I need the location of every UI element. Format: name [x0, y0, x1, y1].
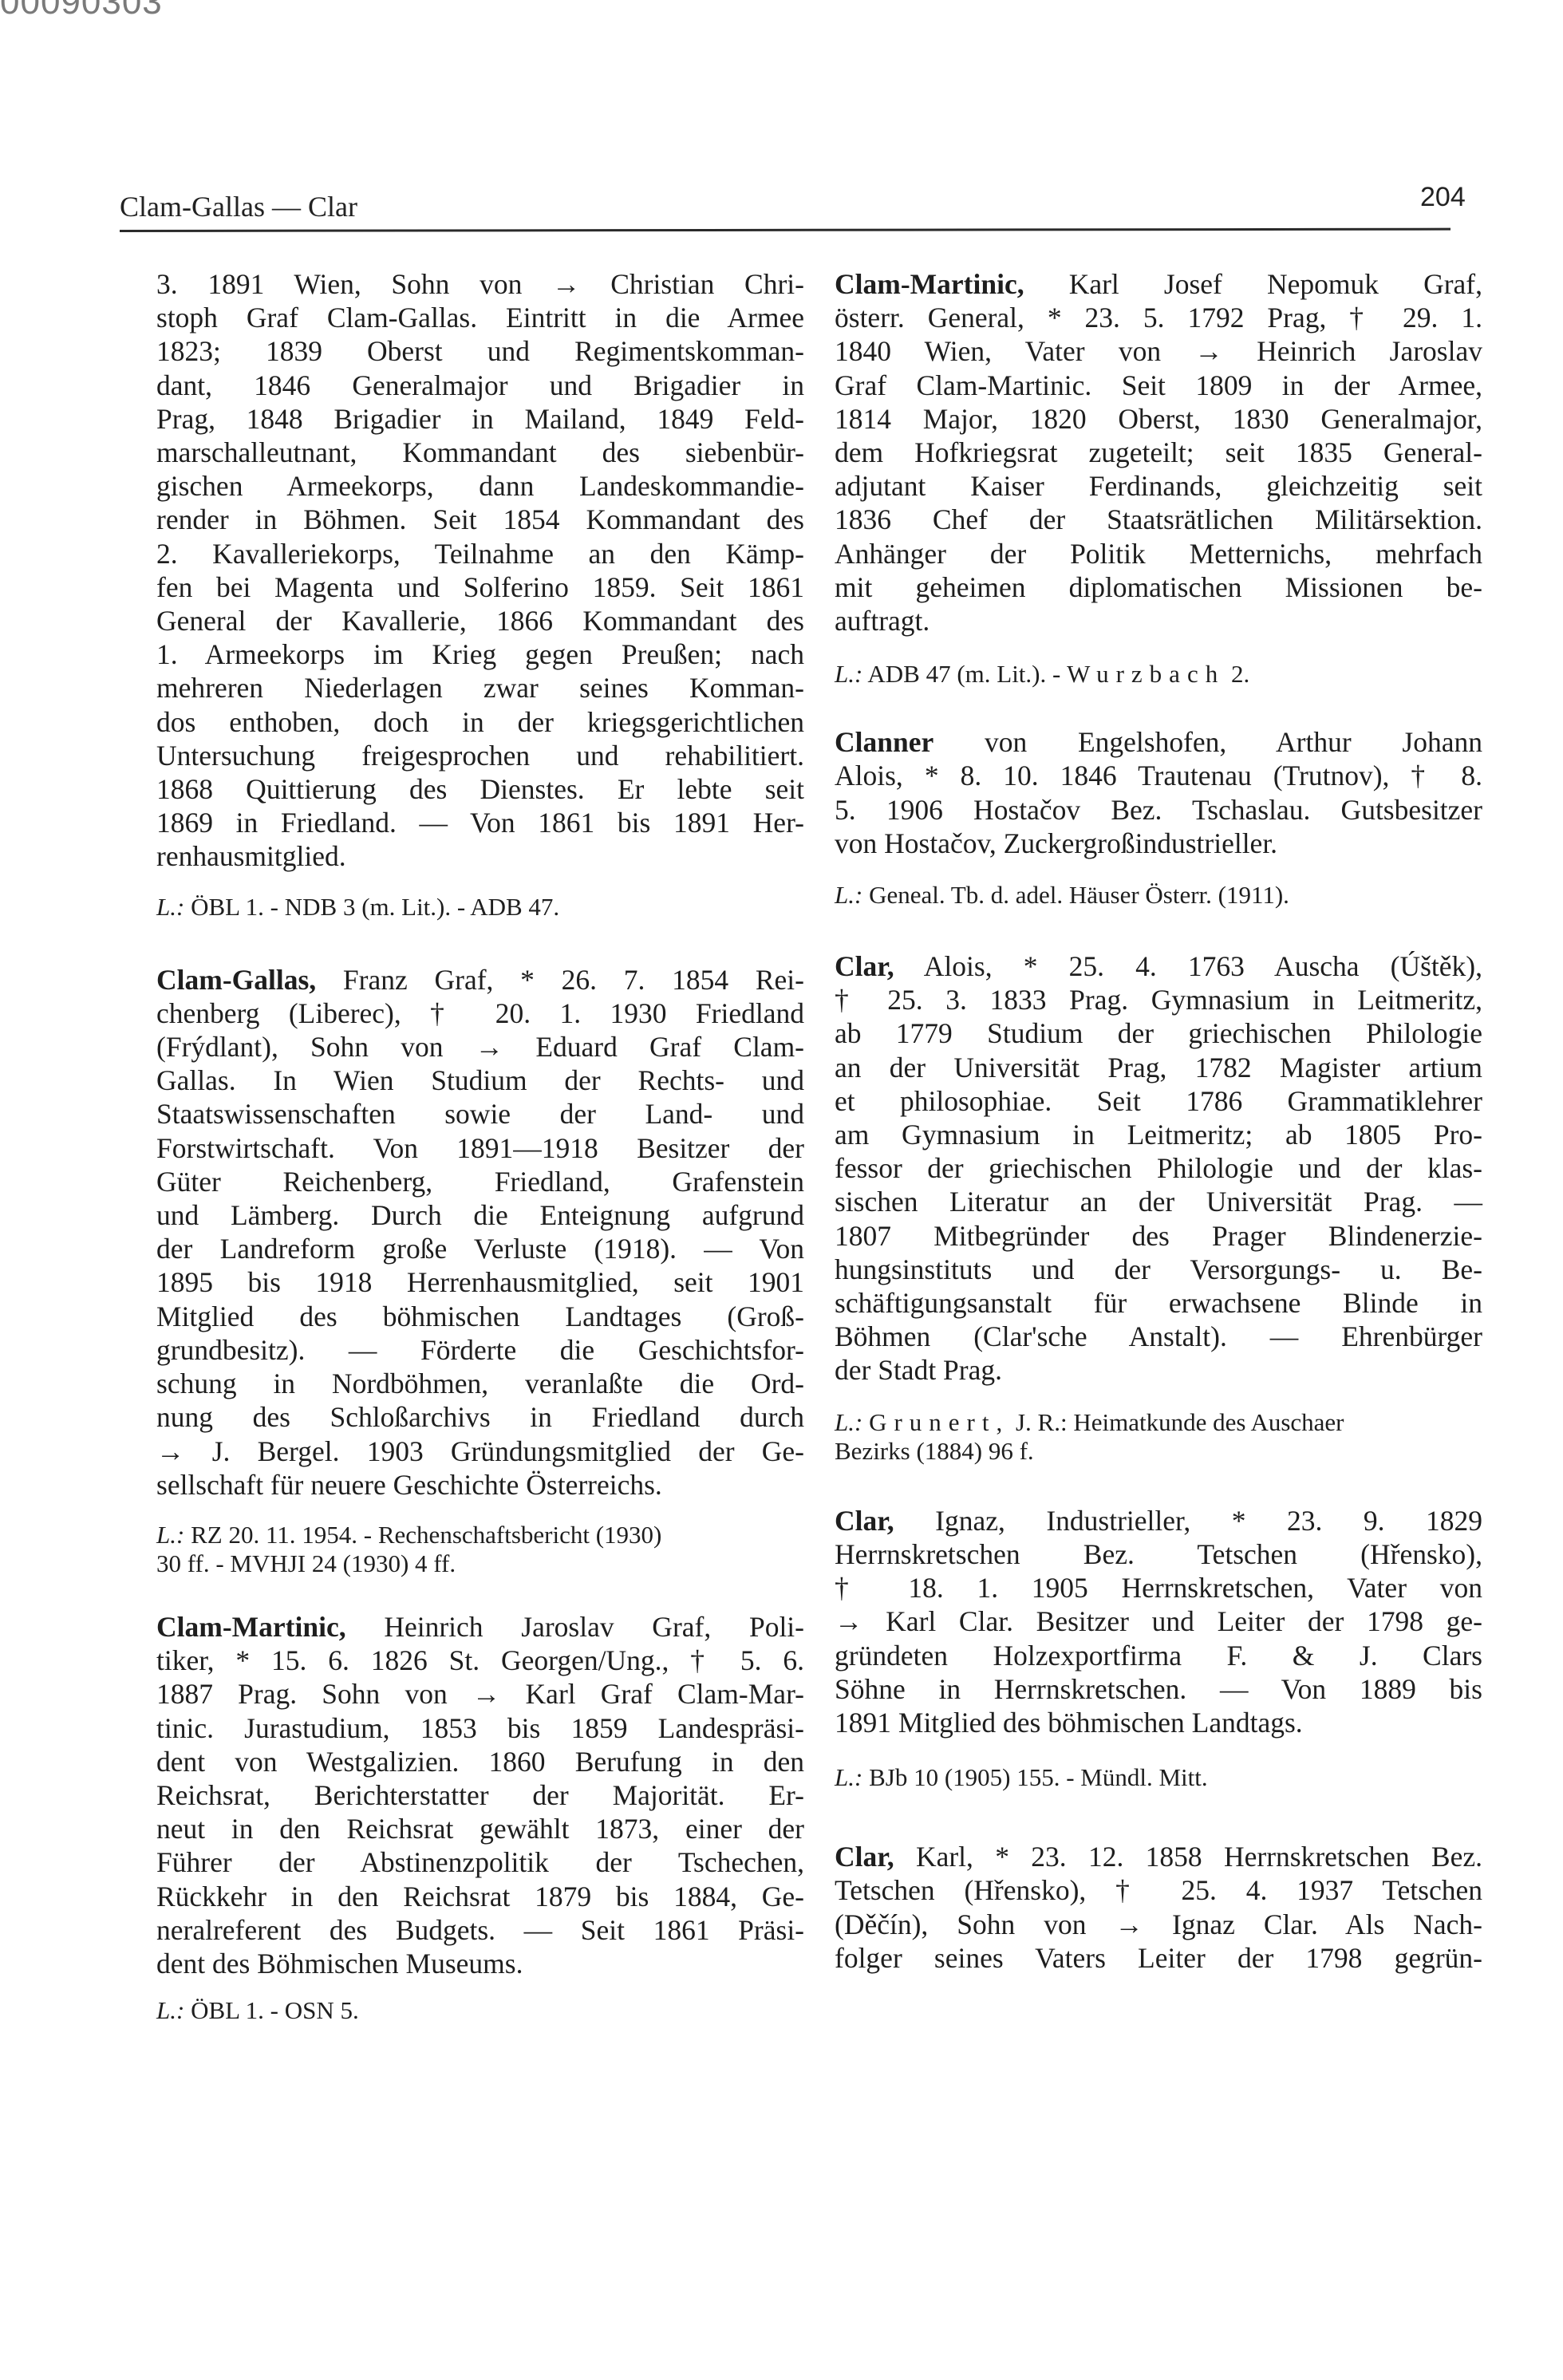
text-line: nung des Schloßarchivs in Friedland durc… — [156, 1400, 804, 1434]
text-line: Franz Graf, * 26. 7. 1854 Rei- — [316, 964, 804, 996]
text-line: 5. 1906 Hostačov Bez. Tschaslau. Gutsbes… — [835, 793, 1482, 827]
literature-label: L.: — [835, 1408, 862, 1436]
text-line: neralreferent des Budgets. — Seit 1861 P… — [156, 1913, 804, 1947]
text-line: 1836 Chef der Staatsrätlichen Militärsek… — [835, 503, 1482, 536]
text-line: von Hostačov, Zuckergroßindustrieller. — [835, 827, 1482, 860]
entry-clam-gallas-franz: Clam-Gallas, Franz Graf, * 26. 7. 1854 R… — [156, 963, 804, 1578]
text-line: General der Kavallerie, 1866 Kommandant … — [156, 604, 804, 637]
literature-reference: L.: RZ 20. 11. 1954. - Rechenschaftsberi… — [156, 1521, 804, 1578]
entry-lemma: Clar, — [835, 1841, 894, 1873]
text-line: folger seines Vaters Leiter der 1798 geg… — [835, 1941, 1482, 1975]
literature-text: ÖBL 1. - OSN 5. — [191, 1996, 359, 2024]
literature-author: Wurzbach — [1067, 660, 1225, 688]
text-line: Reichsrat, Berichterstatter der Majoritä… — [156, 1778, 804, 1812]
text-line: Alois, * 8. 10. 1846 Trautenau (Trutnov)… — [835, 759, 1482, 792]
entry-clar-ignaz: Clar, Ignaz, Industrieller, * 23. 9. 182… — [835, 1504, 1482, 1792]
text-line: schäftigungsanstalt für erwachsene Blind… — [835, 1286, 1482, 1320]
text-line: Prag, 1848 Brigadier in Mailand, 1849 Fe… — [156, 402, 804, 436]
text-line: Ignaz, Industrieller, * 23. 9. 1829 — [894, 1505, 1482, 1537]
text-line: et philosophiae. Seit 1786 Grammatiklehr… — [835, 1084, 1482, 1118]
literature-label: L.: — [156, 1521, 184, 1549]
text-line: chenberg (Liberec), † 20. 1. 1930 Friedl… — [156, 997, 804, 1030]
entry-lemma: Clam-Martinic, — [156, 1611, 346, 1643]
text-line: der Landreform große Verluste (1918). — … — [156, 1232, 804, 1265]
literature-text: BJb 10 (1905) 155. - Mündl. Mitt. — [869, 1763, 1208, 1791]
text-line: Graf Clam-Martinic. Seit 1809 in der Arm… — [835, 369, 1482, 402]
text-line: adjutant Kaiser Ferdinands, gleichzeitig… — [835, 469, 1482, 503]
text-line: † 18. 1. 1905 Herrnskretschen, Vater von — [835, 1571, 1482, 1604]
text-line: 1814 Major, 1820 Oberst, 1830 Generalmaj… — [835, 402, 1482, 436]
text-line: 1823; 1839 Oberst und Regimentskomman- — [156, 334, 804, 368]
text-line: → J. Bergel. 1903 Gründungsmitglied der … — [156, 1435, 804, 1468]
entry-body: 3. 1891 Wien, Sohn von → Christian Chri-… — [156, 267, 804, 874]
literature-text: 2. — [1225, 660, 1249, 688]
entry-clam-martinic-karl: Clam-Martinic, Karl Josef Nepomuk Graf, … — [835, 267, 1482, 689]
text-line: dem Hofkriegsrat zugeteilt; seit 1835 Ge… — [835, 436, 1482, 469]
entry-clar-karl: Clar, Karl, * 23. 12. 1858 Herrnskretsch… — [835, 1840, 1482, 1975]
text-line: Güter Reichenberg, Friedland, Grafenstei… — [156, 1165, 804, 1198]
entry-clam-martinic-heinrich: Clam-Martinic, Heinrich Jaroslav Graf, P… — [156, 1610, 804, 2025]
literature-reference: L.: ÖBL 1. - NDB 3 (m. Lit.). - ADB 47. — [156, 893, 804, 922]
text-line: (Děčín), Sohn von → Ignaz Clar. Als Nach… — [835, 1908, 1482, 1941]
text-line: stoph Graf Clam-Gallas. Eintritt in die … — [156, 301, 804, 334]
text-line: render in Böhmen. Seit 1854 Kommandant d… — [156, 503, 804, 536]
text-line: Forstwirtschaft. Von 1891—1918 Besitzer … — [156, 1131, 804, 1165]
text-line: am Gymnasium in Leitmeritz; ab 1805 Pro- — [835, 1118, 1482, 1151]
text-line: mehreren Niederlagen zwar seines Komman- — [156, 671, 804, 705]
text-line: schung in Nordböhmen, veranlaßte die Ord… — [156, 1367, 804, 1400]
literature-text: J. R.: Heimatkunde des Auschaer — [1009, 1408, 1344, 1436]
text-line: dent von Westgalizien. 1860 Berufung in … — [156, 1745, 804, 1778]
text-line: 1887 Prag. Sohn von → Karl Graf Clam-Mar… — [156, 1677, 804, 1711]
text-line: Mitglied des böhmischen Landtages (Groß- — [156, 1300, 804, 1333]
left-column: 3. 1891 Wien, Sohn von → Christian Chri-… — [156, 267, 804, 2025]
text-line: an der Universität Prag, 1782 Magister a… — [835, 1051, 1482, 1084]
literature-text: ÖBL 1. - NDB 3 (m. Lit.). - ADB 47. — [191, 893, 559, 921]
text-line: Führer der Abstinenzpolitik der Tscheche… — [156, 1845, 804, 1879]
text-line: Untersuchung freigesprochen und rehabili… — [156, 739, 804, 772]
literature-label: L.: — [835, 881, 862, 909]
text-line: Heinrich Jaroslav Graf, Poli- — [346, 1611, 804, 1643]
entry-lemma: Clam-Martinic, — [835, 268, 1024, 300]
literature-reference: L.: Geneal. Tb. d. adel. Häuser Österr. … — [835, 881, 1482, 910]
text-line: Söhne in Herrnskretschen. — Von 1889 bis — [835, 1672, 1482, 1706]
text-line: und Lämberg. Durch die Enteignung aufgru… — [156, 1198, 804, 1232]
entry-continuation: 3. 1891 Wien, Sohn von → Christian Chri-… — [156, 267, 804, 922]
text-line: 1807 Mitbegründer des Prager Blindenerzi… — [835, 1219, 1482, 1253]
text-line: (Frýdlant), Sohn von → Eduard Graf Clam- — [156, 1030, 804, 1064]
text-line: Karl, * 23. 12. 1858 Herrnskretschen Bez… — [894, 1841, 1482, 1873]
text-line: der Stadt Prag. — [835, 1353, 1482, 1387]
text-line: dant, 1846 Generalmajor und Brigadier in — [156, 369, 804, 402]
text-line: 1895 bis 1918 Herrenhausmitglied, seit 1… — [156, 1265, 804, 1299]
entry-lemma: Clam-Gallas, — [156, 964, 316, 996]
text-line: 2. Kavalleriekorps, Teilnahme an den Käm… — [156, 537, 804, 570]
text-line: → Karl Clar. Besitzer und Leiter der 179… — [835, 1604, 1482, 1638]
text-line: marschalleutnant, Kommandant des siebenb… — [156, 436, 804, 469]
text-line: fen bei Magenta und Solferino 1859. Seit… — [156, 570, 804, 604]
text-line: 1840 Wien, Vater von → Heinrich Jaroslav — [835, 334, 1482, 368]
scan-id-watermark: 00090303 — [0, 0, 163, 22]
text-line: fessor der griechischen Philologie und d… — [835, 1151, 1482, 1185]
entry-lemma: Clanner — [835, 726, 933, 758]
text-line: † 25. 3. 1833 Prag. Gymnasium in Leitmer… — [835, 983, 1482, 1016]
text-line: dos enthoben, doch in der kriegsgerichtl… — [156, 705, 804, 739]
right-column: Clam-Martinic, Karl Josef Nepomuk Graf, … — [835, 267, 1482, 1975]
text-line: sischen Literatur an der Universität Pra… — [835, 1185, 1482, 1218]
text-line: 1891 Mitglied des böhmischen Landtags. — [835, 1706, 1482, 1739]
text-line: 1869 in Friedland. — Von 1861 bis 1891 H… — [156, 806, 804, 839]
text-line: Alois, * 25. 4. 1763 Auscha (Úštěk), — [894, 950, 1482, 982]
text-line: hungsinstituts und der Versorgungs- u. B… — [835, 1253, 1482, 1286]
literature-reference: L.: ÖBL 1. - OSN 5. — [156, 1996, 804, 2025]
literature-text: Bezirks (1884) 96 f. — [835, 1437, 1034, 1465]
text-line: mit geheimen diplomatischen Missionen be… — [835, 570, 1482, 604]
text-line: Böhmen (Clar'sche Anstalt). — Ehrenbürge… — [835, 1320, 1482, 1353]
text-line: Herrnskretschen Bez. Tetschen (Hřensko), — [835, 1537, 1482, 1571]
text-line: ab 1779 Studium der griechischen Philolo… — [835, 1016, 1482, 1050]
running-head: Clam-Gallas — Clar — [120, 190, 357, 223]
text-line: von Engelshofen, Arthur Johann — [933, 726, 1482, 758]
text-line: 1868 Quittierung des Dienstes. Er lebte … — [156, 772, 804, 806]
text-line: 1. Armeekorps im Krieg gegen Preußen; na… — [156, 637, 804, 671]
entry-clanner: Clanner von Engelshofen, Arthur Johann A… — [835, 725, 1482, 910]
text-line: dent des Böhmischen Museums. — [156, 1947, 804, 1980]
text-line: tiker, * 15. 6. 1826 St. Georgen/Ung., †… — [156, 1644, 804, 1677]
literature-text: 30 ff. - MVHJI 24 (1930) 4 ff. — [156, 1549, 456, 1577]
text-line: neut in den Reichsrat gewählt 1873, eine… — [156, 1812, 804, 1845]
text-line: auftragt. — [835, 604, 1482, 637]
literature-label: L.: — [835, 1763, 862, 1791]
literature-reference: L.: Grunert, J. R.: Heimatkunde des Ausc… — [835, 1408, 1482, 1466]
literature-reference: L.: BJb 10 (1905) 155. - Mündl. Mitt. — [835, 1763, 1482, 1792]
entry-lemma: Clar, — [835, 950, 894, 982]
text-line: Tetschen (Hřensko), † 25. 4. 1937 Tetsch… — [835, 1873, 1482, 1907]
header-rule — [120, 228, 1451, 232]
literature-reference: L.: ADB 47 (m. Lit.). - Wurzbach 2. — [835, 660, 1482, 689]
text-line: Anhänger der Politik Metternichs, mehrfa… — [835, 537, 1482, 570]
text-line: Gallas. In Wien Studium der Rechts- und — [156, 1064, 804, 1097]
text-line: gischen Armeekorps, dann Landeskommandie… — [156, 469, 804, 503]
page-number: 204 — [1420, 182, 1466, 213]
literature-author: Grunert, — [869, 1408, 1009, 1436]
text-line: Karl Josef Nepomuk Graf, — [1024, 268, 1482, 300]
entry-clar-alois: Clar, Alois, * 25. 4. 1763 Auscha (Úštěk… — [835, 949, 1482, 1466]
literature-label: L.: — [156, 893, 184, 921]
text-line: 3. 1891 Wien, Sohn von → Christian Chri- — [156, 267, 804, 301]
text-line: Staatswissenschaften sowie der Land- und — [156, 1097, 804, 1131]
literature-label: L.: — [835, 660, 862, 688]
text-line: renhausmitglied. — [156, 839, 804, 873]
literature-text: ADB 47 (m. Lit.). - — [867, 660, 1067, 688]
literature-text: Geneal. Tb. d. adel. Häuser Österr. (191… — [869, 881, 1289, 909]
entry-lemma: Clar, — [835, 1505, 894, 1537]
text-line: sellschaft für neuere Geschichte Österre… — [156, 1468, 804, 1502]
text-line: österr. General, * 23. 5. 1792 Prag, † 2… — [835, 301, 1482, 334]
literature-text: RZ 20. 11. 1954. - Rechenschaftsbericht … — [191, 1521, 661, 1549]
text-line: grundbesitz). — Förderte die Geschichtsf… — [156, 1333, 804, 1367]
text-line: gründeten Holzexportfirma F. & J. Clars — [835, 1639, 1482, 1672]
literature-label: L.: — [156, 1996, 184, 2024]
text-line: Rückkehr in den Reichsrat 1879 bis 1884,… — [156, 1880, 804, 1913]
text-line: tinic. Jurastudium, 1853 bis 1859 Landes… — [156, 1711, 804, 1745]
